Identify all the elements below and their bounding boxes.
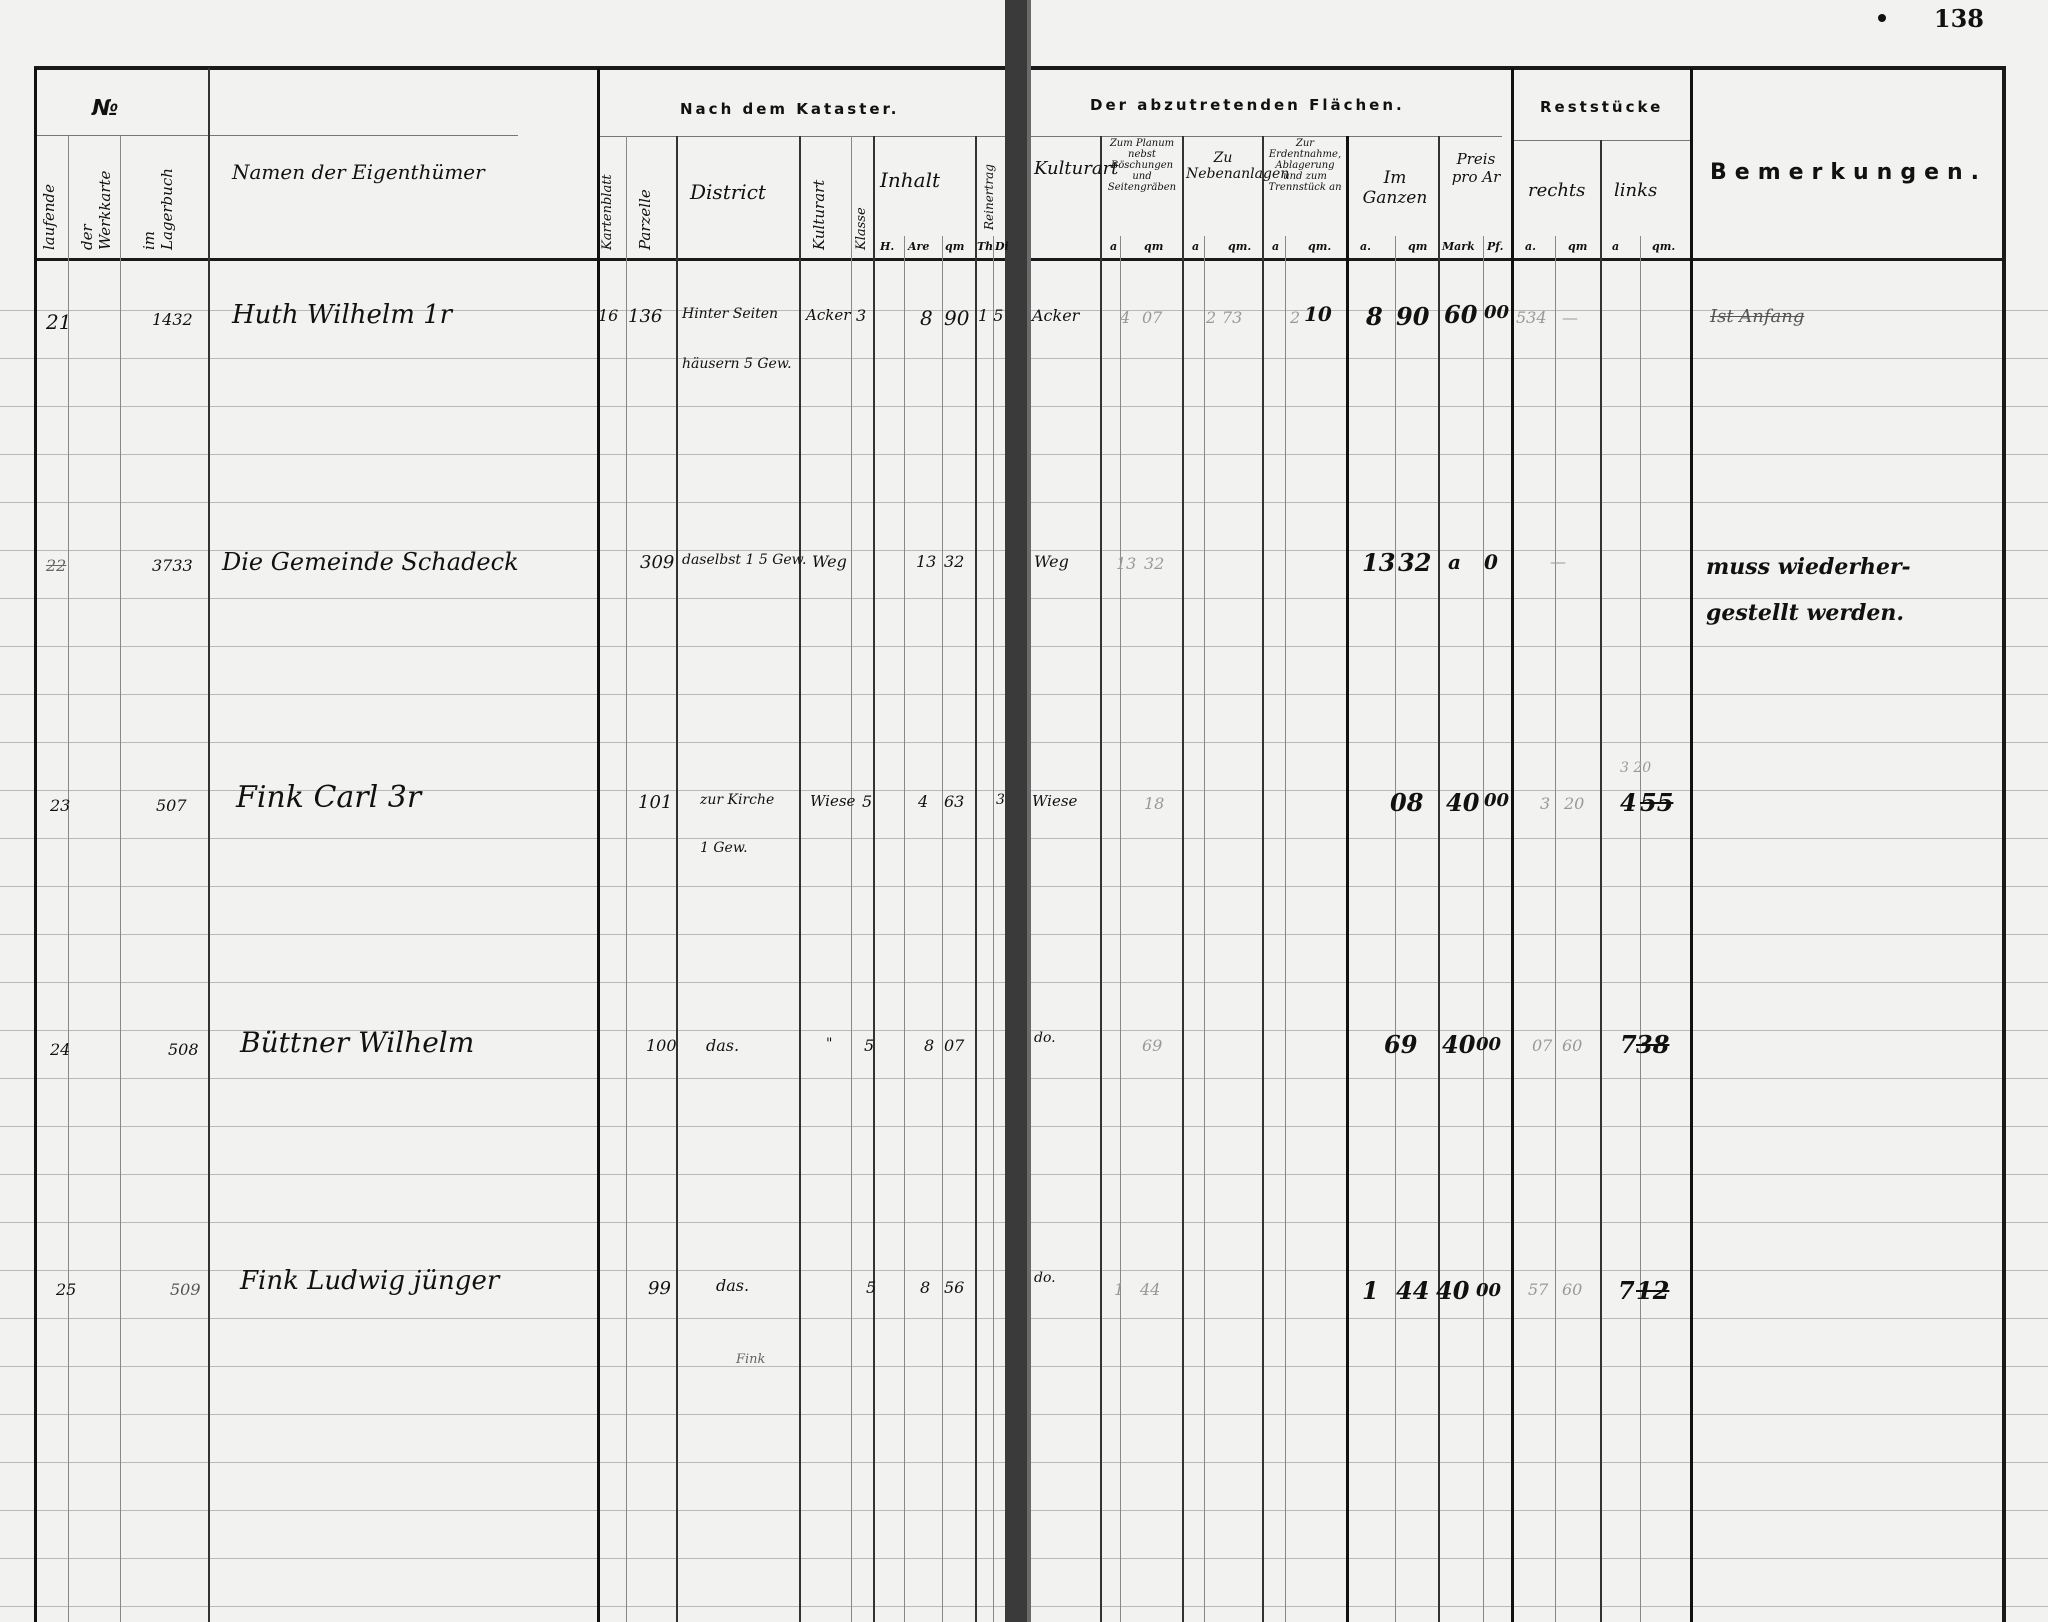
- kataster-group-title: Nach dem Kataster.: [680, 100, 900, 118]
- owner-name: Fink Ludwig jünger: [240, 1266, 499, 1296]
- remarks-col-header: Bemerkungen.: [1710, 160, 1987, 185]
- col-im-ganzen: Im Ganzen: [1356, 168, 1434, 208]
- owner-name: Huth Wilhelm 1r: [232, 300, 452, 330]
- ledger-page: 138: [0, 0, 2048, 1622]
- col-erdentnahme: Zur Erdentnahme, Ablagerung und zum Tren…: [1266, 138, 1344, 193]
- owner-name: Fink Carl 3r: [236, 780, 421, 815]
- col-inhalt: Inhalt: [880, 168, 940, 192]
- col-rechts: rechts: [1528, 180, 1585, 201]
- flaechen-group-title: Der abzutretenden Flächen.: [1090, 96, 1405, 114]
- col-parzelle: Parzelle: [636, 150, 654, 250]
- col-district: District: [690, 180, 766, 204]
- owner-name: Büttner Wilhelm: [240, 1026, 474, 1059]
- col-kulturart: Kulturart: [810, 140, 828, 250]
- col-planum: Zum Planum nebst Böschungen und Seitengr…: [1104, 138, 1180, 193]
- reststuecke-group-title: Reststücke: [1540, 98, 1663, 116]
- owner-name: Die Gemeinde Schadeck: [222, 548, 519, 576]
- page-dot: [1878, 14, 1886, 22]
- page-number: 138: [1934, 4, 1984, 33]
- table-frame-right: [2002, 66, 2006, 1622]
- col-f-kulturart: Kulturart: [1034, 158, 1098, 179]
- col-nebenanlagen: Zu Nebenanlagen: [1186, 150, 1260, 182]
- no-group-title: №: [92, 96, 121, 121]
- remark: muss wiederher- gestellt werden.: [1706, 544, 2006, 636]
- col-kartenblatt: Kartenblatt: [600, 140, 615, 250]
- remark: Ist Anfang: [1710, 306, 1804, 327]
- col-links: links: [1614, 180, 1657, 201]
- owner-col-header: Namen der Eigenthümer: [232, 160, 485, 184]
- col-klasse: Klasse: [854, 180, 869, 250]
- col-lagerbuch: im Lagerbuch: [140, 150, 176, 250]
- col-lfd: laufende: [40, 150, 58, 250]
- col-werkkarte: der Werkkarte: [78, 150, 114, 250]
- col-reinertrag: Reinertrag: [982, 140, 996, 230]
- col-preis: Preis pro Ar: [1444, 150, 1508, 186]
